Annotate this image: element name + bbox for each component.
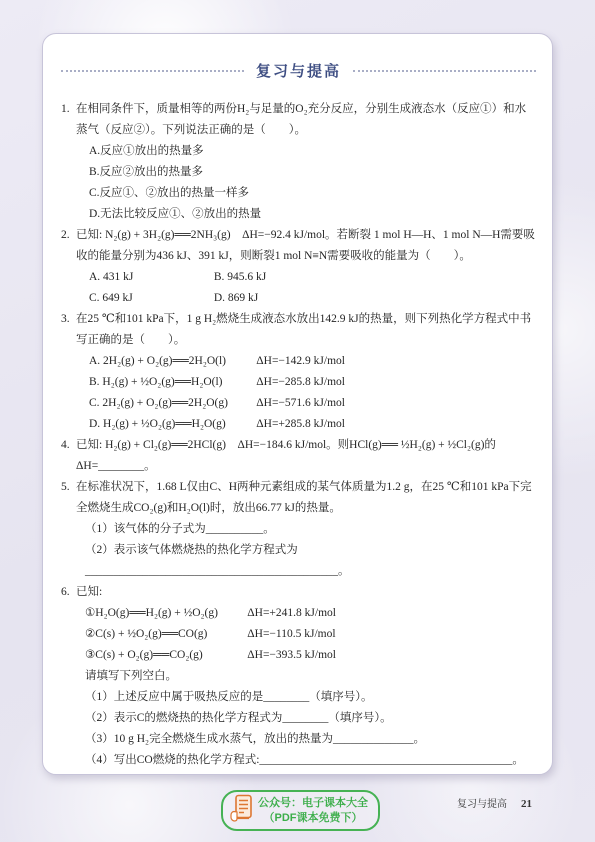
question-text: 在标准状况下，1.68 L仅由C、H两种元素组成的某气体质量为1.2 g，在25… bbox=[76, 477, 536, 519]
stamp-line-1: 公众号：电子课本大全 bbox=[258, 796, 368, 810]
enthalpy-value: ΔH=−285.8 kJ/mol bbox=[256, 376, 345, 388]
question-number: 6. bbox=[61, 582, 76, 603]
stamp-text: 公众号：电子课本大全 （PDF课本免费下） bbox=[258, 796, 368, 825]
question-5: 5. 在标准状况下，1.68 L仅由C、H两种元素组成的某气体质量为1.2 g，… bbox=[61, 477, 536, 582]
question-2-options: A. 431 kJ B. 945.6 kJ C. 649 kJ D. 869 k… bbox=[61, 267, 536, 309]
worksheet-page: 复习与提高 1. 在相同条件下，质量相等的两份H₂与足量的O₂充分反应，分别生成… bbox=[42, 33, 553, 775]
question-2-stem: 2. 已知: N₂(g) + 3H₂(g)══2NH₃(g) ΔH=−92.4 … bbox=[61, 225, 536, 267]
subitem-4: （4）写出CO燃烧的热化学方程式:_______________________… bbox=[85, 750, 536, 771]
question-4: 4. 已知: H₂(g) + Cl₂(g)══2HCl(g) ΔH=−184.6… bbox=[61, 435, 536, 477]
subitem-2: （2）表示该气体燃烧热的热化学方程式为_____________________… bbox=[85, 540, 536, 582]
subitem-1: （1）上述反应中属于吸热反应的是________（填序号）。 bbox=[85, 687, 536, 708]
page-number: 21 bbox=[521, 798, 532, 810]
equation-3: ③C(s) + O₂(g)══CO₂(g) ΔH=−393.5 kJ/mol bbox=[85, 645, 536, 666]
option-d: D. 869 kJ bbox=[214, 288, 336, 309]
question-text: 在25 ℃和101 kPa下，1 g H₂燃烧生成液态水放出142.9 kJ的热… bbox=[76, 309, 536, 351]
question-1: 1. 在相同条件下，质量相等的两份H₂与足量的O₂充分反应，分别生成液态水（反应… bbox=[61, 99, 536, 225]
question-6: 6. 已知: ①H₂O(g)══H₂(g) + ½O₂(g) ΔH=+241.8… bbox=[61, 582, 536, 771]
enthalpy-value: ΔH=−571.6 kJ/mol bbox=[256, 397, 345, 409]
question-intro: 已知: bbox=[76, 582, 536, 603]
option-b: B.反应②放出的热量多 bbox=[89, 162, 536, 183]
option-a: A.反应①放出的热量多 bbox=[89, 141, 536, 162]
question-number: 5. bbox=[61, 477, 76, 519]
question-6-subitems: （1）上述反应中属于吸热反应的是________（填序号）。 （2）表示C的燃烧… bbox=[61, 687, 536, 771]
question-number: 4. bbox=[61, 435, 76, 477]
question-6-stem: 6. 已知: bbox=[61, 582, 536, 603]
question-text: 已知: H₂(g) + Cl₂(g)══2HCl(g) ΔH=−184.6 kJ… bbox=[76, 435, 536, 477]
option-d: D. H₂(g) + ½O₂(g)══H₂O(g) ΔH=+285.8 kJ/m… bbox=[89, 414, 536, 435]
subitem-3: （3）10 g H₂完全燃烧生成水蒸气，放出的热量为______________… bbox=[85, 729, 536, 750]
enthalpy-value: ΔH=−393.5 kJ/mol bbox=[247, 649, 336, 661]
question-5-stem: 5. 在标准状况下，1.68 L仅由C、H两种元素组成的某气体质量为1.2 g，… bbox=[61, 477, 536, 519]
enthalpy-value: ΔH=+241.8 kJ/mol bbox=[247, 607, 336, 619]
page-footer: 复习与提高 21 bbox=[457, 795, 532, 810]
enthalpy-value: ΔH=+285.8 kJ/mol bbox=[256, 418, 345, 430]
option-a: A. 431 kJ bbox=[89, 267, 211, 288]
header-dotted-line-left bbox=[61, 70, 244, 72]
question-6-equations: ①H₂O(g)══H₂(g) + ½O₂(g) ΔH=+241.8 kJ/mol… bbox=[61, 603, 536, 666]
question-2: 2. 已知: N₂(g) + 3H₂(g)══2NH₃(g) ΔH=−92.4 … bbox=[61, 225, 536, 309]
option-b: B. 945.6 kJ bbox=[214, 267, 336, 288]
option-c: C. 2H₂(g) + O₂(g)══2H₂O(g) ΔH=−571.6 kJ/… bbox=[89, 393, 536, 414]
equation: C. 2H₂(g) + O₂(g)══2H₂O(g) bbox=[89, 393, 254, 414]
book-in-hand-icon bbox=[229, 794, 253, 827]
option-c: C.反应①、②放出的热量一样多 bbox=[89, 183, 536, 204]
option-a: A. 2H₂(g) + O₂(g)══2H₂O(l) ΔH=−142.9 kJ/… bbox=[89, 351, 536, 372]
question-3-stem: 3. 在25 ℃和101 kPa下，1 g H₂燃烧生成液态水放出142.9 k… bbox=[61, 309, 536, 351]
options-row: C. 649 kJ D. 869 kJ bbox=[89, 288, 536, 309]
options-row: A. 431 kJ B. 945.6 kJ bbox=[89, 267, 536, 288]
header-dotted-line-right bbox=[353, 70, 536, 72]
equation: ③C(s) + O₂(g)══CO₂(g) bbox=[85, 645, 245, 666]
question-number: 3. bbox=[61, 309, 76, 351]
question-number: 2. bbox=[61, 225, 76, 267]
footer-section-label: 复习与提高 bbox=[457, 795, 507, 810]
equation-2: ②C(s) + ½O₂(g)══CO(g) ΔH=−110.5 kJ/mol bbox=[85, 624, 536, 645]
question-number: 1. bbox=[61, 99, 76, 141]
equation-1: ①H₂O(g)══H₂(g) + ½O₂(g) ΔH=+241.8 kJ/mol bbox=[85, 603, 536, 624]
question-5-subitems: （1）该气体的分子式为__________。 （2）表示该气体燃烧热的热化学方程… bbox=[61, 519, 536, 582]
question-4-stem: 4. 已知: H₂(g) + Cl₂(g)══2HCl(g) ΔH=−184.6… bbox=[61, 435, 536, 477]
question-text: 已知: N₂(g) + 3H₂(g)══2NH₃(g) ΔH=−92.4 kJ/… bbox=[76, 225, 536, 267]
question-6-note: 请填写下列空白。 bbox=[61, 666, 536, 687]
equation: A. 2H₂(g) + O₂(g)══2H₂O(l) bbox=[89, 351, 254, 372]
option-c: C. 649 kJ bbox=[89, 288, 211, 309]
equation: B. H₂(g) + ½O₂(g)══H₂O(l) bbox=[89, 372, 254, 393]
equation: ②C(s) + ½O₂(g)══CO(g) bbox=[85, 624, 245, 645]
question-3-options: A. 2H₂(g) + O₂(g)══2H₂O(l) ΔH=−142.9 kJ/… bbox=[61, 351, 536, 435]
enthalpy-value: ΔH=−142.9 kJ/mol bbox=[256, 355, 345, 367]
question-3: 3. 在25 ℃和101 kPa下，1 g H₂燃烧生成液态水放出142.9 k… bbox=[61, 309, 536, 435]
option-d: D.无法比较反应①、②放出的热量 bbox=[89, 204, 536, 225]
page-title: 复习与提高 bbox=[256, 60, 341, 81]
equation: ①H₂O(g)══H₂(g) + ½O₂(g) bbox=[85, 603, 245, 624]
subitem-2: （2）表示C的燃烧热的热化学方程式为________（填序号）。 bbox=[85, 708, 536, 729]
stamp-line-2: （PDF课本免费下） bbox=[258, 811, 368, 825]
question-text: 在相同条件下，质量相等的两份H₂与足量的O₂充分反应，分别生成液态水（反应①）和… bbox=[76, 99, 536, 141]
section-header: 复习与提高 bbox=[61, 60, 536, 81]
enthalpy-value: ΔH=−110.5 kJ/mol bbox=[247, 628, 335, 640]
question-1-options: A.反应①放出的热量多 B.反应②放出的热量多 C.反应①、②放出的热量一样多 … bbox=[61, 141, 536, 225]
option-b: B. H₂(g) + ½O₂(g)══H₂O(l) ΔH=−285.8 kJ/m… bbox=[89, 372, 536, 393]
question-1-stem: 1. 在相同条件下，质量相等的两份H₂与足量的O₂充分反应，分别生成液态水（反应… bbox=[61, 99, 536, 141]
subitem-1: （1）该气体的分子式为__________。 bbox=[85, 519, 536, 540]
publisher-watermark-stamp: 公众号：电子课本大全 （PDF课本免费下） bbox=[221, 790, 380, 831]
equation: D. H₂(g) + ½O₂(g)══H₂O(g) bbox=[89, 414, 254, 435]
